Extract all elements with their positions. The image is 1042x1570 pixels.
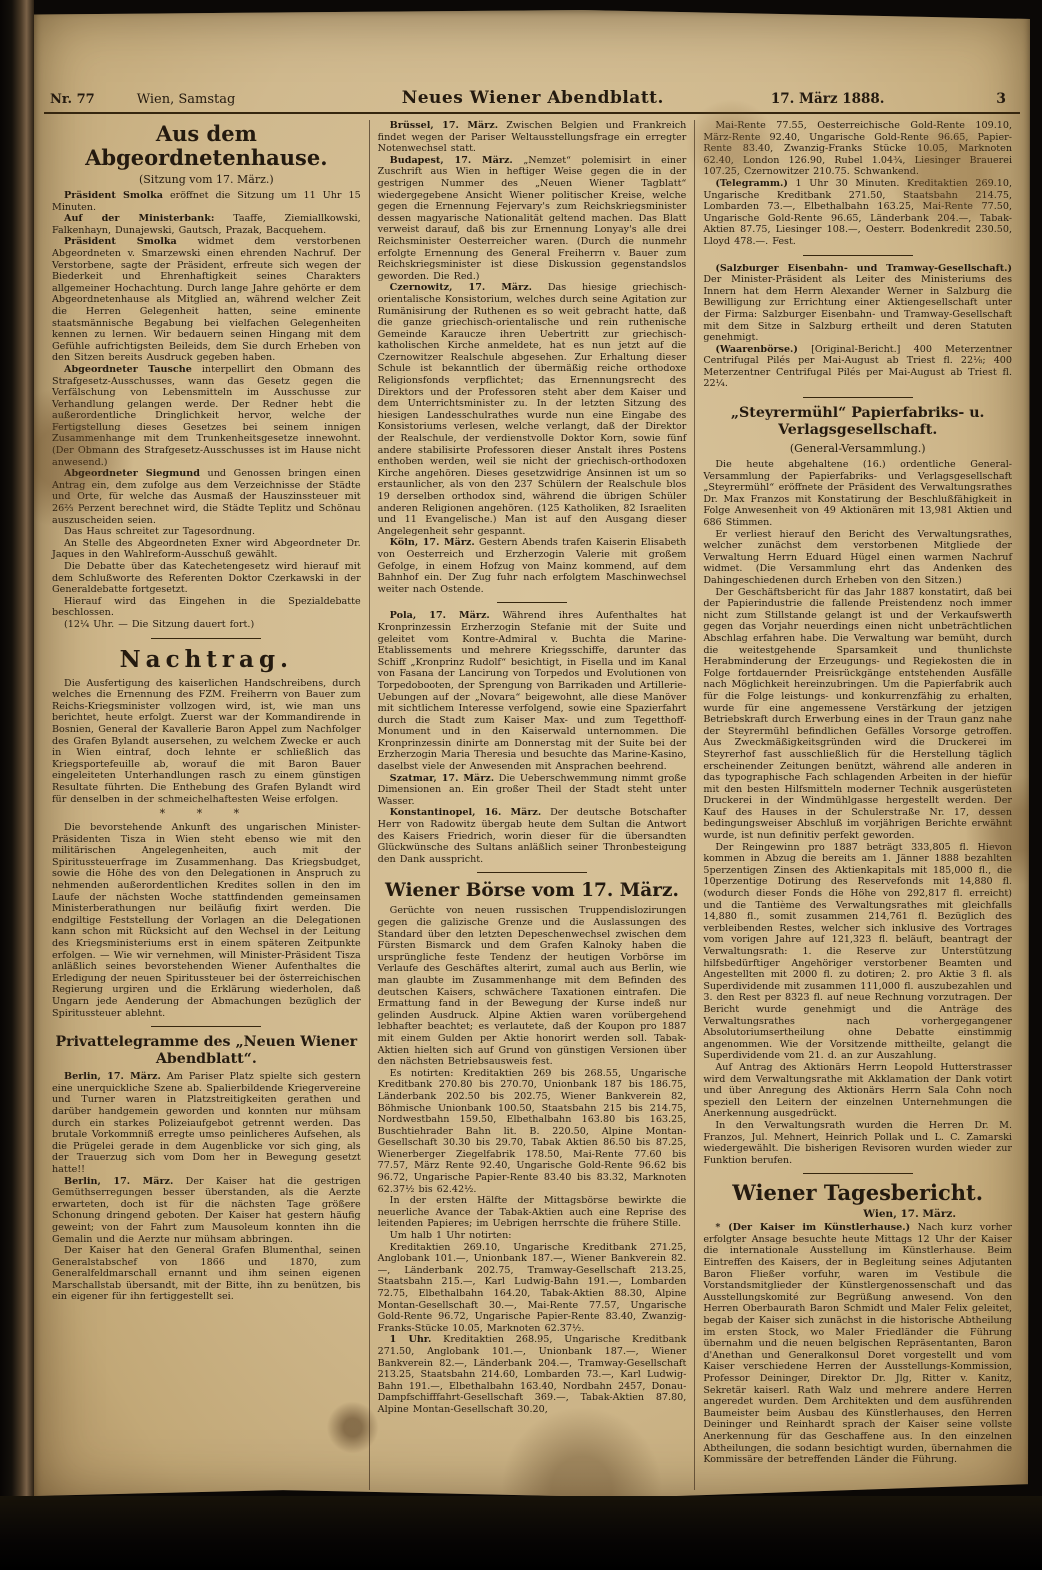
paragraph: Auf der Ministerbank: Taaffe, Ziemiallko… xyxy=(52,213,361,236)
paragraph-text: Mai-Rente 77.55, Oesterreichische Gold-R… xyxy=(703,120,1012,177)
section-rule xyxy=(803,255,913,256)
telegram-dateline: Pola, 17. März. xyxy=(390,610,490,621)
article-headline-boerse: Wiener Börse vom 17. März. xyxy=(378,880,687,901)
paragraph: Um halb 1 Uhr notirten: xyxy=(378,1230,687,1242)
page-number: 3 xyxy=(929,91,1014,107)
paragraph-text: In der ersten Hälfte der Mittagsbörse be… xyxy=(378,1195,687,1229)
paragraph-text: An Stelle des Abgeordneten Exner wird Ab… xyxy=(52,538,361,561)
telegram-text: Am Pariser Platz spielte sich gestern ei… xyxy=(52,1071,361,1175)
section-rule xyxy=(151,1026,261,1027)
paragraph-text: Gerüchte von neuen russischen Truppendis… xyxy=(378,905,687,1067)
paragraph-text: Nach kurz vorher erfolgter Ansage besuch… xyxy=(703,1222,1012,1465)
market-telegram: (Telegramm.) 1 Uhr 30 Minuten. Kreditakt… xyxy=(703,178,1012,248)
telegram-dateline: Köln, 17. März. xyxy=(390,537,475,548)
notice-salzburg: (Salzburger Eisenbahn- und Tramway-Gesel… xyxy=(703,263,1012,344)
column-divider xyxy=(369,120,370,1490)
paragraph-text: Das Haus schreitet zur Tagesordnung. xyxy=(64,526,255,537)
paragraph-lead: (Salzburger Eisenbahn- und Tramway-Gesel… xyxy=(715,263,1012,274)
article-headline-tagesbericht: Wiener Tagesbericht. xyxy=(703,1181,1012,1205)
article-headline-steyrermuehl: „Steyrermühl“ Papierfabriks- u. Verlagsg… xyxy=(703,405,1012,439)
telegram: Berlin, 17. März. Am Pariser Platz spiel… xyxy=(52,1071,361,1175)
telegram: Szatmar, 17. März. Die Ueberschwemmung n… xyxy=(378,773,687,808)
paragraph: Der Reingewinn pro 1887 beträgt 333,805 … xyxy=(703,842,1012,1062)
paragraph: Die Debatte über das Katechetengesetz wi… xyxy=(52,561,361,596)
paragraph-lead: 1 Uhr. xyxy=(390,1334,432,1345)
paragraph: * (Der Kaiser im Künstlerhause.) Nach ku… xyxy=(703,1222,1012,1465)
paragraph: Hierauf wird das Eingehen in die Spezial… xyxy=(52,596,361,619)
paragraph-text: Auf Antrag des Aktionärs Herrn Leopold H… xyxy=(703,1062,1012,1119)
paragraph-lead: Präsident Smolka xyxy=(64,190,163,201)
telegram: Pola, 17. März. Während ihres Aufenthalt… xyxy=(378,610,687,772)
paragraph: Präsident Smolka widmet dem verstorbenen… xyxy=(52,236,361,364)
asterisk-separator: * * * xyxy=(52,808,361,819)
paragraph-text: Hierauf wird das Eingehen in die Spezial… xyxy=(52,596,361,619)
article-subhead: (General-Versammlung.) xyxy=(703,442,1012,455)
market-quotes: Mai-Rente 77.55, Oesterreichische Gold-R… xyxy=(703,120,1012,178)
paragraph-lead: (Waarenbörse.) xyxy=(715,344,798,355)
columns: Aus dem Abgeordnetenhause. (Sitzung vom … xyxy=(44,114,1020,1490)
paper-title: Neues Wiener Abendblatt. xyxy=(339,88,726,108)
paragraph-text: Es notirten: Kreditaktien 269 bis 268.55… xyxy=(378,1068,687,1195)
telegram-dateline: Konstantinopel, 16. März. xyxy=(390,807,542,818)
telegram: Konstantinopel, 16. März. Der deutsche B… xyxy=(378,807,687,865)
telegram: Der Kaiser hat den General Grafen Blumen… xyxy=(52,1245,361,1303)
paragraph-text: Die heute abgehaltene (16.) ordentliche … xyxy=(703,459,1012,528)
telegram-text: Das hiesige griechisch-orientalische Kon… xyxy=(378,282,687,536)
paragraph: An Stelle des Abgeordneten Exner wird Ab… xyxy=(52,538,361,561)
paragraph: Präsident Smolka eröffnet die Sitzung um… xyxy=(52,190,361,213)
item-rule xyxy=(497,602,567,603)
telegram: Brüssel, 17. März. Zwischen Belgien und … xyxy=(378,120,687,155)
section-rule xyxy=(803,397,913,398)
paragraph: Er verliest hierauf den Bericht des Verw… xyxy=(703,529,1012,587)
book-binding-edge xyxy=(0,0,34,1504)
paragraph-lead: Abgeordneter Siegmund xyxy=(64,468,200,479)
telegram-dateline: Berlin, 17. März. xyxy=(64,1176,173,1187)
paragraph-text: Um halb 1 Uhr notirten: xyxy=(390,1230,512,1241)
place-day: Wien, Samstag xyxy=(137,92,339,107)
paragraph-text: (12¼ Uhr. — Die Sitzung dauert fort.) xyxy=(64,619,254,630)
issue-number: Nr. 77 xyxy=(50,92,137,107)
dateline: Wien, 17. März. xyxy=(703,1208,1012,1220)
paragraph-text: Der Geschäftsbericht für das Jahr 1887 k… xyxy=(703,587,1012,841)
paragraph: Abgeordneter Tausche interpellirt den Ob… xyxy=(52,364,361,468)
paragraph-text: Der Minister-Präsident als Leiter des Mi… xyxy=(703,274,1012,343)
paragraph: Die heute abgehaltene (16.) ordentliche … xyxy=(703,459,1012,529)
paragraph: Der Geschäftsbericht für das Jahr 1887 k… xyxy=(703,587,1012,842)
paragraph: Es notirten: Kreditaktien 269 bis 268.55… xyxy=(378,1068,687,1196)
column-middle: Brüssel, 17. März. Zwischen Belgien und … xyxy=(370,118,695,1490)
masthead: Nr. 77 Wien, Samstag Neues Wiener Abendb… xyxy=(44,88,1020,114)
paragraph-text: Die Debatte über das Katechetengesetz wi… xyxy=(52,561,361,595)
column-left: Aus dem Abgeordnetenhause. (Sitzung vom … xyxy=(44,118,369,1490)
paragraph-text: Kreditaktien 268.95, Ungarische Kreditba… xyxy=(378,1334,687,1415)
issue-date: 17. März 1888. xyxy=(726,91,928,107)
telegram-text: Der Kaiser hat den General Grafen Blumen… xyxy=(52,1245,361,1302)
paragraph: In den Verwaltungsrath wurden die Herren… xyxy=(703,1120,1012,1166)
column-divider xyxy=(694,120,695,1490)
newspaper-scan: Nr. 77 Wien, Samstag Neues Wiener Abendb… xyxy=(0,0,1042,1570)
telegram: Berlin, 17. März. Der Kaiser hat die ges… xyxy=(52,1176,361,1246)
paragraph-text: widmet dem verstorbenen Abgeordneten v. … xyxy=(52,236,361,363)
paragraph-text: Der Reingewinn pro 1887 beträgt 333,805 … xyxy=(703,842,1012,1062)
paragraph-lead: (Telegramm.) xyxy=(715,178,788,189)
paragraph: (12¼ Uhr. — Die Sitzung dauert fort.) xyxy=(52,619,361,631)
telegram-dateline: Szatmar, 17. März. xyxy=(390,773,494,784)
paragraph-lead: Auf der Ministerbank: xyxy=(64,213,214,224)
paragraph-lead: * (Der Kaiser im Künstlerhause.) xyxy=(715,1222,910,1233)
article-subhead: (Sitzung vom 17. März.) xyxy=(52,173,361,186)
telegram-dateline: Budapest, 17. März. xyxy=(390,155,513,166)
paragraph-text: Er verliest hierauf den Bericht des Verw… xyxy=(703,529,1012,586)
paragraph: Auf Antrag des Aktionärs Herrn Leopold H… xyxy=(703,1062,1012,1120)
paragraph-text: In den Verwaltungsrath wurden die Herren… xyxy=(703,1120,1012,1166)
paragraph: 1 Uhr. Kreditaktien 268.95, Ungarische K… xyxy=(378,1334,687,1415)
section-rule xyxy=(803,1173,913,1174)
telegram-dateline: Brüssel, 17. März. xyxy=(390,120,498,131)
article-headline-nachtrag: Nachtrag. xyxy=(52,646,361,673)
column-right: Mai-Rente 77.55, Oesterreichische Gold-R… xyxy=(695,118,1020,1490)
paragraph: Gerüchte von neuen russischen Truppendis… xyxy=(378,905,687,1067)
paragraph: Die Ausfertigung des kaiserlichen Handsc… xyxy=(52,678,361,806)
paragraph-text: Die bevorstehende Ankunft des ungarische… xyxy=(52,822,361,1019)
paragraph-text: Die Ausfertigung des kaiserlichen Handsc… xyxy=(52,678,361,805)
paragraph: In der ersten Hälfte der Mittagsbörse be… xyxy=(378,1195,687,1230)
paragraph: Abgeordneter Siegmund und Genossen bring… xyxy=(52,468,361,526)
table-surface-edge xyxy=(0,1496,1042,1570)
article-headline-abgeordnetenhaus: Aus dem Abgeordnetenhause. xyxy=(52,122,361,170)
paragraph-lead: Präsident Smolka xyxy=(64,236,177,247)
paragraph: Kreditaktien 269.10, Ungarische Kreditba… xyxy=(378,1242,687,1335)
newspaper-page: Nr. 77 Wien, Samstag Neues Wiener Abendb… xyxy=(34,10,1030,1502)
paragraph-text: Kreditaktien 269.10, Ungarische Kreditba… xyxy=(378,1242,687,1334)
paragraph: Die bevorstehende Ankunft des ungarische… xyxy=(52,822,361,1019)
telegram: Czernowitz, 17. März. Das hiesige griech… xyxy=(378,282,687,537)
notice-waarenboerse: (Waarenbörse.) [Original-Bericht.] 400 M… xyxy=(703,344,1012,390)
article-headline-privattelegramme: Privattelegramme des „Neuen Wiener Abend… xyxy=(52,1034,361,1068)
telegram-dateline: Czernowitz, 17. März. xyxy=(390,282,532,293)
telegram-text: „Nemzet“ polemisirt in einer Zuschrift a… xyxy=(378,155,687,282)
telegram-dateline: Berlin, 17. März. xyxy=(64,1071,161,1082)
telegram: Budapest, 17. März. „Nemzet“ polemisirt … xyxy=(378,155,687,283)
telegram: Köln, 17. März. Gestern Abends trafen Ka… xyxy=(378,537,687,595)
paragraph-text: interpellirt den Obmann des Strafgesetz-… xyxy=(52,364,361,468)
paragraph: Das Haus schreitet zur Tagesordnung. xyxy=(52,526,361,538)
telegram-text: Während ihres Aufenthaltes hat Kronprinz… xyxy=(378,610,687,772)
section-rule xyxy=(151,638,261,639)
section-rule xyxy=(477,872,587,873)
paragraph-lead: Abgeordneter Tausche xyxy=(64,364,192,375)
